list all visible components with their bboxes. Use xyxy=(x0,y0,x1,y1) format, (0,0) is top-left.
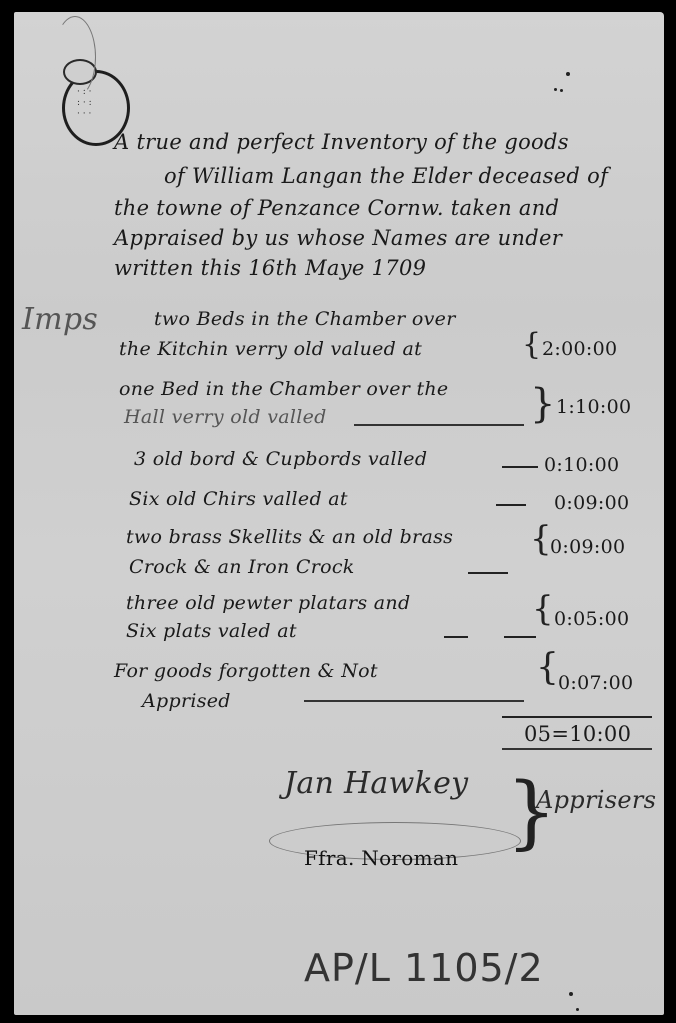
item-text-line: Apprised xyxy=(142,690,231,712)
item-text-line: For goods forgotten & Not xyxy=(114,660,378,682)
heading-line-1: A true and perfect Inventory of the good… xyxy=(114,130,569,154)
heading-line-3: the towne of Penzance Cornw. taken and xyxy=(114,196,559,220)
signature-appraiser-1: Jan Hawkey xyxy=(284,766,468,801)
dash xyxy=(502,466,538,468)
dash xyxy=(444,636,468,638)
item-amount: 0:09:00 xyxy=(554,492,629,514)
item-amount: 0:09:00 xyxy=(550,536,625,558)
signature-appraiser-2: Ffra. Noroman xyxy=(304,846,458,870)
total-rule xyxy=(502,716,652,718)
ink-dot xyxy=(566,72,570,76)
brace: { xyxy=(522,330,541,360)
heading-line-4: Appraised by us whose Names are under xyxy=(114,226,562,250)
item-amount: 0:05:00 xyxy=(554,608,629,630)
brace: { xyxy=(530,522,552,556)
item-text-line: Six plats valed at xyxy=(126,620,297,642)
item-text-line: two brass Skellits & an old brass xyxy=(126,526,453,548)
dash xyxy=(504,636,536,638)
total-rule-bottom xyxy=(502,748,652,750)
manuscript-page: · : ·: · :· · · A true and perfect Inven… xyxy=(14,12,664,1015)
item-text-line: Hall verry old valled xyxy=(124,406,327,428)
underline xyxy=(304,700,524,702)
underline xyxy=(354,424,524,426)
item-amount: 2:00:00 xyxy=(542,338,617,360)
heading-line-2: of William Langan the Elder deceased of xyxy=(164,164,608,188)
brace: { xyxy=(532,592,554,626)
total-amount: 05=10:00 xyxy=(524,722,631,746)
archive-reference: AP/L 1105/2 xyxy=(304,946,544,990)
ink-dot xyxy=(576,1008,579,1011)
item-text-line: Six old Chirs valled at xyxy=(129,488,348,510)
seal-flourish xyxy=(54,16,96,98)
item-amount: 0:10:00 xyxy=(544,454,619,476)
dash xyxy=(496,504,526,506)
imprimis-label: Imps xyxy=(22,302,98,337)
heading-line-5: written this 16th Maye 1709 xyxy=(114,256,426,280)
brace: { xyxy=(536,650,559,686)
item-text-line: the Kitchin verry old valued at xyxy=(119,338,422,360)
ink-dot xyxy=(560,89,563,92)
item-text-line: Crock & an Iron Crock xyxy=(129,556,355,578)
item-text-line: two Beds in the Chamber over xyxy=(154,308,456,330)
item-text-line: one Bed in the Chamber over the xyxy=(119,378,448,400)
item-amount: 0:07:00 xyxy=(558,672,633,694)
ink-dot xyxy=(554,88,557,91)
item-amount: 1:10:00 xyxy=(556,396,631,418)
brace: } xyxy=(530,384,555,424)
dash xyxy=(468,572,508,574)
item-text-line: 3 old bord & Cupbords valled xyxy=(134,448,427,470)
item-text-line: three old pewter platars and xyxy=(126,592,410,614)
appraisers-label: Apprisers xyxy=(536,786,656,814)
ink-dot xyxy=(569,992,573,996)
